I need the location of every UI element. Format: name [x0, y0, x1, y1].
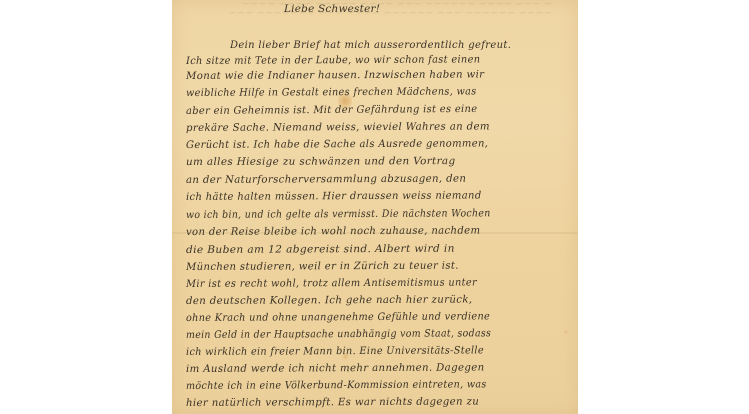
letter-line: an der Naturforscherversammlung abzusage…	[186, 173, 571, 186]
letter-line: Dein lieber Brief hat mich ausserordentl…	[230, 40, 563, 51]
letter-line: Monat wie die Indianer hausen. Inzwische…	[186, 69, 571, 82]
salutation: Liebe Schwester!	[284, 3, 380, 15]
letter-line: aber ein Geheimnis ist. Mit der Gefährdu…	[186, 103, 560, 117]
letter-line: Gerücht ist. Ich habe die Sache als Ausr…	[186, 138, 563, 151]
letter-line: möchte ich in eine Völkerbund-Kommission…	[186, 379, 548, 392]
letter-line: ohne Krach und ohne unangenehme Gefühle …	[186, 311, 552, 324]
bleed-line: ~~~~ ~~~~~~ ~~~ ~~~~~~ ~~~~ ~~~ ~~~~~~~ …	[212, 9, 552, 18]
letter-line: prekäre Sache. Niemand weiss, wieviel Wa…	[186, 121, 571, 134]
letter-line: im Ausland werde ich nicht mehr annehmen…	[186, 362, 571, 375]
stain	[564, 330, 568, 334]
letter-line: München studieren, weil er in Zürich zu …	[186, 260, 567, 273]
letter-page: ~ ~~~ ~~~~ ~~~~~~ ~~~ ~~~~ ~~~~~ ~~~~ ~~…	[172, 0, 578, 414]
letter-line: wo ich bin, und ich gelte als vermisst. …	[186, 208, 540, 221]
letter-line: den deutschen Kollegen. Ich gehe nach hi…	[186, 294, 571, 307]
letter-line: mein Geld in der Hauptsache unabhängig v…	[186, 328, 540, 341]
letter-line: ich hätte halten müssen. Hier draussen w…	[186, 190, 563, 203]
letter-line: von der Reise bleibe ich wohl noch zuhau…	[186, 225, 567, 238]
bleed-through-text: ~ ~~~ ~~~~ ~~~~~~ ~~~ ~~~~ ~~~~~ ~~~~ ~~…	[212, 0, 552, 18]
letter-line: Ich sitze mit Tete in der Laube, wo wir …	[186, 54, 556, 67]
letter-line: hier natürlich verschimpft. Es war nicht…	[186, 396, 571, 409]
letter-line: ich wirklich ein freier Mann bin. Eine U…	[186, 345, 552, 358]
letter-line: Mir ist es recht wohl, trotz allem Antis…	[186, 277, 556, 290]
letter-line: um alles Hiesige zu schwänzen und den Vo…	[186, 156, 578, 168]
letter-line: weibliche Hilfe in Gestalt eines frechen…	[186, 86, 552, 99]
letter-line: die Buben am 12 abgereist sind. Albert w…	[186, 243, 578, 256]
